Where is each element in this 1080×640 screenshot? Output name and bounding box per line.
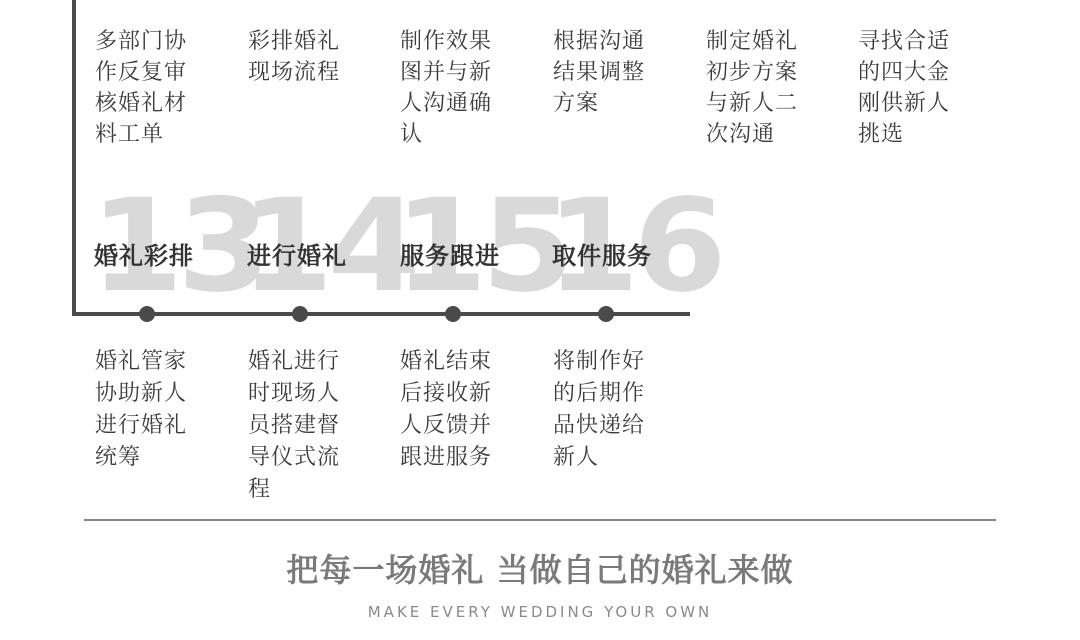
step-description: 寻找合适 的四大金 刚供新人 挑选 (858, 26, 978, 150)
step-description: 制定婚礼 初步方案 与新人二 次沟通 (706, 26, 826, 150)
timeline-dot (292, 306, 308, 322)
slogan-title: 把每一场婚礼 当做自己的婚礼来做 (0, 545, 1080, 591)
step-description: 彩排婚礼 现场流程 (248, 26, 368, 88)
step-description: 制作效果 图并与新 人沟通确 认 (400, 26, 520, 150)
step-description: 根据沟通 结果调整 方案 (553, 26, 673, 119)
timeline-dot (139, 306, 155, 322)
step-description: 多部门协 作反复审 核婚礼材 料工单 (95, 26, 215, 150)
step-description: 婚礼进行 时现场人 员搭建督 导仪式流 程 (248, 346, 368, 506)
timeline-vertical-line (72, 0, 76, 315)
step-description: 将制作好 的后期作 品快递给 新人 (553, 346, 673, 474)
step-title: 进行婚礼 (247, 236, 347, 271)
step-title: 婚礼彩排 (94, 236, 194, 271)
timeline-dot (598, 306, 614, 322)
section-divider (84, 519, 996, 521)
step-title: 服务跟进 (400, 236, 500, 271)
timeline-dot (445, 306, 461, 322)
step-description: 婚礼结束 后接收新 人反馈并 跟进服务 (400, 346, 520, 474)
step-description: 婚礼管家 协助新人 进行婚礼 统筹 (95, 346, 215, 474)
step-title: 取件服务 (552, 236, 652, 271)
slogan-subtitle: MAKE EVERY WEDDING YOUR OWN (0, 603, 1080, 621)
